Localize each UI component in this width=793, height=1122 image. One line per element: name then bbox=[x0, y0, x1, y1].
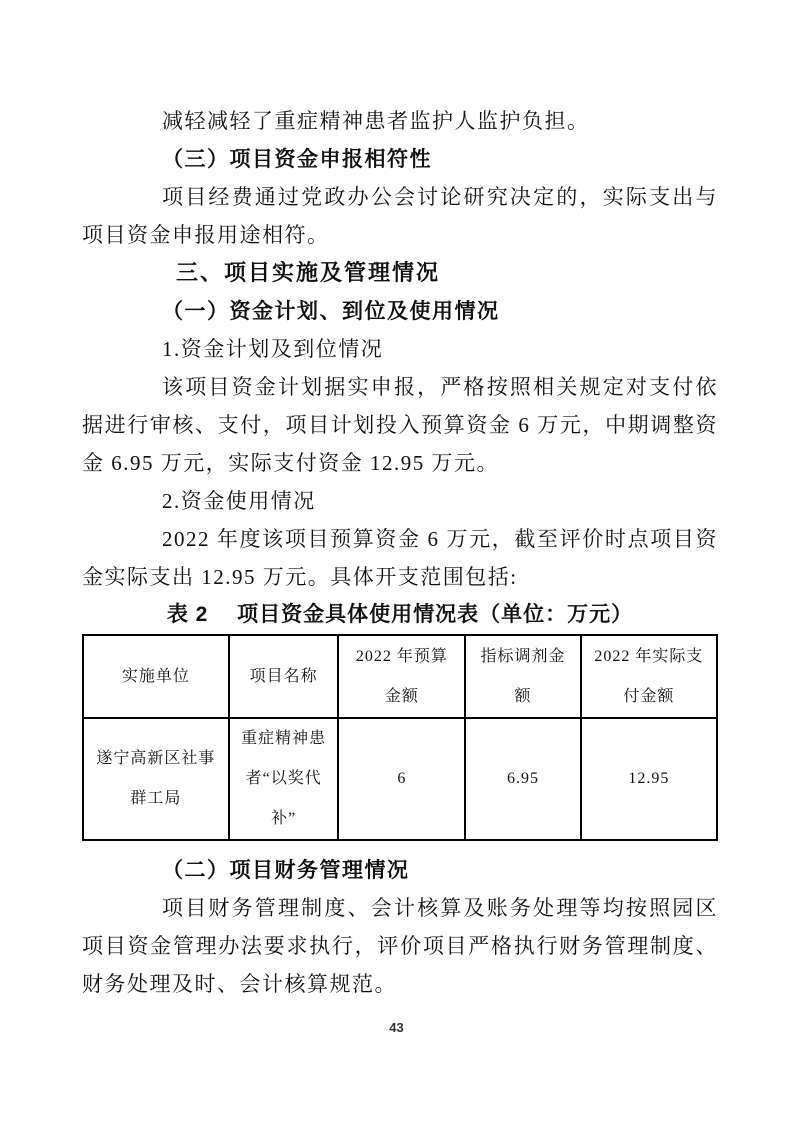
paragraph-fund-plan: 该项目资金计划据实申报，严格按照相关规定对支付依据进行审核、支付，项目计划投入预… bbox=[82, 368, 718, 482]
heading-fund-plan: （一）资金计划、到位及使用情况 bbox=[82, 292, 718, 330]
subheading-fund-plan: 1.资金计划及到位情况 bbox=[82, 330, 718, 368]
cell-2022-budget-amount: 6 bbox=[338, 718, 465, 840]
paragraph-fund-declaration: 项目经费通过党政办公会讨论研究决定的，实际支出与项目资金申报用途相符。 bbox=[82, 178, 718, 254]
col-header-implementing-unit: 实施单位 bbox=[83, 635, 229, 718]
paragraph-monitor-burden: 减轻减轻了重症精神患者监护人监护负担。 bbox=[82, 102, 718, 140]
col-header-indicator-adjustment-amount: 指标调剂金额 bbox=[465, 635, 580, 718]
table-caption: 表 2 项目资金具体使用情况表（单位：万元） bbox=[82, 596, 718, 634]
page-number: 43 bbox=[0, 1020, 793, 1035]
cell-project-name: 重症精神患者“以奖代补” bbox=[229, 718, 339, 840]
table-row: 遂宁高新区社事群工局 重症精神患者“以奖代补” 6 6.95 12.95 bbox=[83, 718, 717, 840]
cell-implementing-unit: 遂宁高新区社事群工局 bbox=[83, 718, 229, 840]
paragraph-financial-mgmt: 项目财务管理制度、会计核算及账务处理等均按照园区项目资金管理办法要求执行，评价项… bbox=[82, 889, 718, 1003]
col-header-project-name: 项目名称 bbox=[229, 635, 339, 718]
cell-2022-actual-paid-amount: 12.95 bbox=[581, 718, 717, 840]
col-header-2022-budget-amount: 2022 年预算金额 bbox=[338, 635, 465, 718]
col-header-2022-actual-paid-amount: 2022 年实际支付金额 bbox=[581, 635, 717, 718]
heading-fund-declaration: （三）项目资金申报相符性 bbox=[82, 140, 718, 178]
fund-usage-table: 实施单位 项目名称 2022 年预算金额 指标调剂金额 2022 年实际支付金额… bbox=[82, 634, 718, 841]
heading-financial-mgmt: （二）项目财务管理情况 bbox=[82, 851, 718, 889]
paragraph-fund-usage: 2022 年度该项目预算资金 6 万元，截至评价时点项目资金实际支出 12.95… bbox=[82, 520, 718, 596]
heading-section-three: 三、项目实施及管理情况 bbox=[82, 254, 718, 292]
cell-indicator-adjustment-amount: 6.95 bbox=[465, 718, 580, 840]
subheading-fund-usage: 2.资金使用情况 bbox=[82, 482, 718, 520]
table-header-row: 实施单位 项目名称 2022 年预算金额 指标调剂金额 2022 年实际支付金额 bbox=[83, 635, 717, 718]
document-page: 减轻减轻了重症精神患者监护人监护负担。 （三）项目资金申报相符性 项目经费通过党… bbox=[0, 0, 793, 1122]
